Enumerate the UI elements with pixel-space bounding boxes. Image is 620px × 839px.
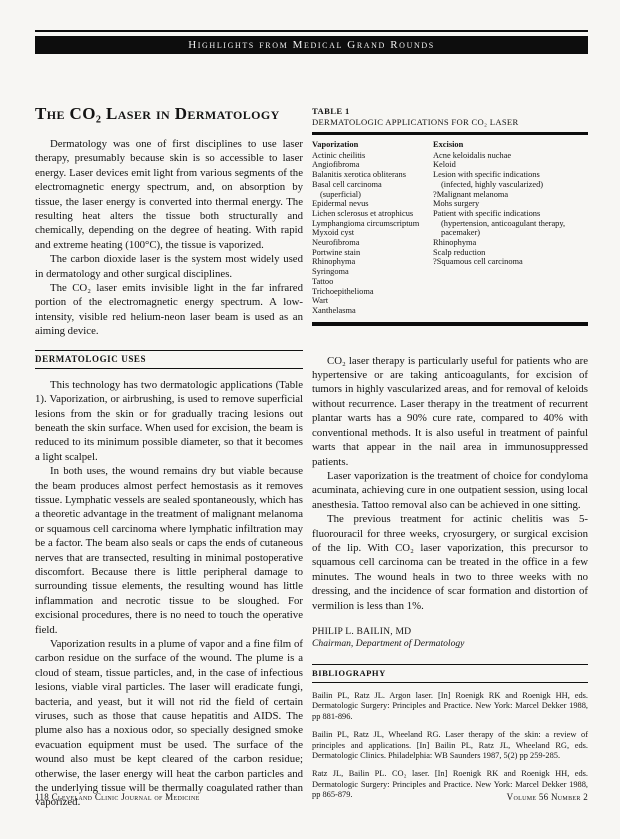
table-item: Scalp reduction (433, 248, 588, 258)
table-item: Acne keloidalis nuchae (433, 151, 588, 161)
table-item: (hypertension, anticoagulant therapy, (433, 219, 588, 229)
footer-volume-info: Volume 56 Number 2 (507, 792, 588, 802)
table-item: Lesion with specific indications (433, 170, 588, 180)
author-block: PHILIP L. BAILIN, MD Chairman, Departmen… (312, 626, 588, 650)
table-item: Angiofibroma (312, 160, 433, 170)
table-item: Patient with specific indications (433, 209, 588, 219)
table-item: pacemaker) (433, 228, 588, 238)
table-item: Neurofibroma (312, 238, 433, 248)
bibliography-heading-block: BIBLIOGRAPHY (312, 664, 588, 683)
table-column-header: Excision (433, 140, 588, 150)
table-item: Portwine stain (312, 248, 433, 258)
paragraph: The previous treatment for actinic cheli… (312, 512, 588, 613)
table-item: Xanthelasma (312, 306, 433, 316)
table-item: Syringoma (312, 267, 433, 277)
table-item: Lymphangioma circumscriptum (312, 219, 433, 229)
table-item: Wart (312, 296, 433, 306)
article-title: The CO₂ Laser in Dermatology (35, 104, 303, 124)
two-column-layout: The CO₂ Laser in Dermatology Dermatology… (35, 104, 588, 810)
header-banner-text: Highlights from Medical Grand Rounds (188, 39, 435, 51)
right-column: TABLE 1 DERMATOLOGIC APPLICATIONS FOR CO… (312, 104, 588, 810)
table-item: (superficial) (312, 190, 433, 200)
table-rule-top (312, 132, 588, 135)
paragraph: Laser vaporization is the treatment of c… (312, 469, 588, 512)
section-heading: DERMATOLOGIC USES (35, 354, 303, 364)
table-item: Trichoepithelioma (312, 287, 433, 297)
table-column-header: Vaporization (312, 140, 433, 150)
bibliography-heading: BIBLIOGRAPHY (312, 668, 588, 678)
paragraph: The CO₂ laser emits invisible light in t… (35, 281, 303, 339)
paragraph: Vaporization results in a plume of vapor… (35, 637, 303, 810)
paragraph: CO₂ laser therapy is particularly useful… (312, 354, 588, 469)
table-item: Actinic cheilitis (312, 151, 433, 161)
table-item: Myxoid cyst (312, 228, 433, 238)
reference: Bailin PL, Ratz JL. Argon laser. [In] Ro… (312, 691, 588, 722)
table-column-excision: Excision Acne keloidalis nuchae Keloid L… (433, 140, 588, 316)
section-heading-block: DERMATOLOGIC USES (35, 350, 303, 369)
table-item: ?Malignant melanoma (433, 190, 588, 200)
paragraph: In both uses, the wound remains dry but … (35, 464, 303, 637)
table-item: Balanitis xerotica obliterans (312, 170, 433, 180)
table-item: Rhinophyma (433, 238, 588, 248)
table-rule-bottom (312, 322, 588, 326)
header-banner: Highlights from Medical Grand Rounds (35, 36, 588, 54)
paragraph: The carbon dioxide laser is the system m… (35, 252, 303, 281)
table-item: Basal cell carcinoma (312, 180, 433, 190)
table-label: TABLE 1 (312, 106, 588, 117)
paragraph: Dermatology was one of first disciplines… (35, 137, 303, 252)
table-item: Keloid (433, 160, 588, 170)
table-column-vaporization: Vaporization Actinic cheilitis Angiofibr… (312, 140, 433, 316)
author-name: PHILIP L. BAILIN, MD (312, 626, 588, 638)
page-footer: 118 Cleveland Clinic Journal of Medicine… (35, 792, 588, 802)
top-rule (35, 30, 588, 32)
table-item: Mohs surgery (433, 199, 588, 209)
footer-page-info: 118 Cleveland Clinic Journal of Medicine (35, 792, 200, 802)
table-item: Lichen sclerosus et atrophicus (312, 209, 433, 219)
table-item: (infected, highly vascularized) (433, 180, 588, 190)
bibliography: BIBLIOGRAPHY Bailin PL, Ratz JL. Argon l… (312, 664, 588, 801)
table-item: Tattoo (312, 277, 433, 287)
paragraph: This technology has two dermatologic app… (35, 378, 303, 464)
table-item: ?Squamous cell carcinoma (433, 257, 588, 267)
table-item: Epidermal nevus (312, 199, 433, 209)
table-body: Vaporization Actinic cheilitis Angiofibr… (312, 140, 588, 316)
author-title: Chairman, Department of Dermatology (312, 638, 588, 650)
table-1: TABLE 1 DERMATOLOGIC APPLICATIONS FOR CO… (312, 106, 588, 326)
reference: Bailin PL, Ratz JL, Wheeland RG. Laser t… (312, 730, 588, 761)
left-column: The CO₂ Laser in Dermatology Dermatology… (35, 104, 303, 810)
right-column-text: CO₂ laser therapy is particularly useful… (312, 354, 588, 613)
journal-page: Highlights from Medical Grand Rounds The… (0, 0, 620, 839)
table-caption: DERMATOLOGIC APPLICATIONS FOR CO₂ LASER (312, 117, 588, 128)
table-item: Rhinophyma (312, 257, 433, 267)
